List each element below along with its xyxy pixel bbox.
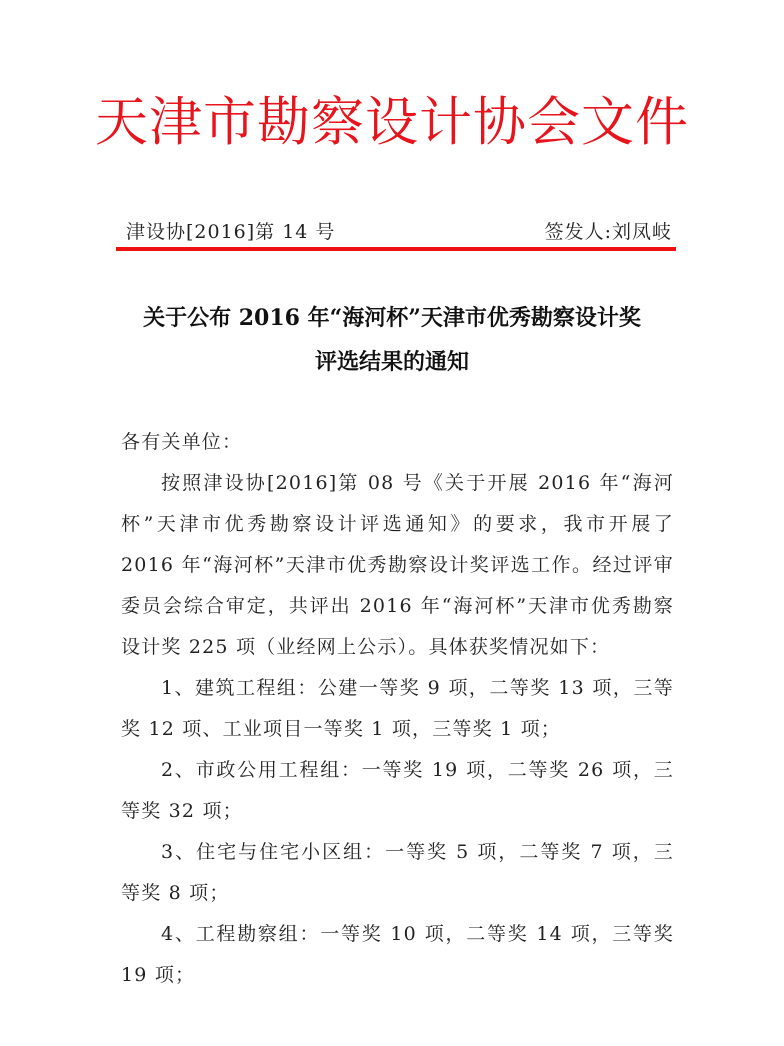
notice-title-line-1: 关于公布 2016 年“海河杯”天津市优秀勘察设计奖 [90, 296, 694, 340]
notice-title-line-2: 评选结果的通知 [90, 340, 694, 384]
paragraph-item-2: 2、市政公用工程组：一等奖 19 项，二等奖 26 项，三等奖 32 项； [121, 750, 674, 832]
document-page: 天津市勘察设计协会文件 津设协[2016]第 14 号 签发人:刘凤岐 关于公布… [0, 0, 784, 1046]
body-text: 各有关单位： 按照津设协[2016]第 08 号《关于开展 2016 年“海河杯… [121, 422, 674, 996]
paragraph-item-1: 1、建筑工程组：公建一等奖 9 项，二等奖 13 项，三等奖 12 项、工业项目… [121, 668, 674, 750]
red-divider-rule [116, 247, 676, 251]
signer: 签发人:刘凤岐 [545, 218, 672, 246]
red-header-title: 天津市勘察设计协会文件 [0, 88, 784, 158]
paragraph-item-3: 3、住宅与住宅小区组：一等奖 5 项，二等奖 7 项，三等奖 8 项； [121, 832, 674, 914]
document-number: 津设协[2016]第 14 号 [126, 218, 335, 246]
document-number-row: 津设协[2016]第 14 号 签发人:刘凤岐 [120, 218, 674, 246]
notice-title: 关于公布 2016 年“海河杯”天津市优秀勘察设计奖 评选结果的通知 [90, 296, 694, 384]
paragraph-intro: 按照津设协[2016]第 08 号《关于开展 2016 年“海河杯”天津市优秀勘… [121, 463, 674, 668]
salutation: 各有关单位： [121, 422, 674, 463]
paragraph-item-4: 4、工程勘察组：一等奖 10 项，二等奖 14 项，三等奖 19 项； [121, 914, 674, 996]
